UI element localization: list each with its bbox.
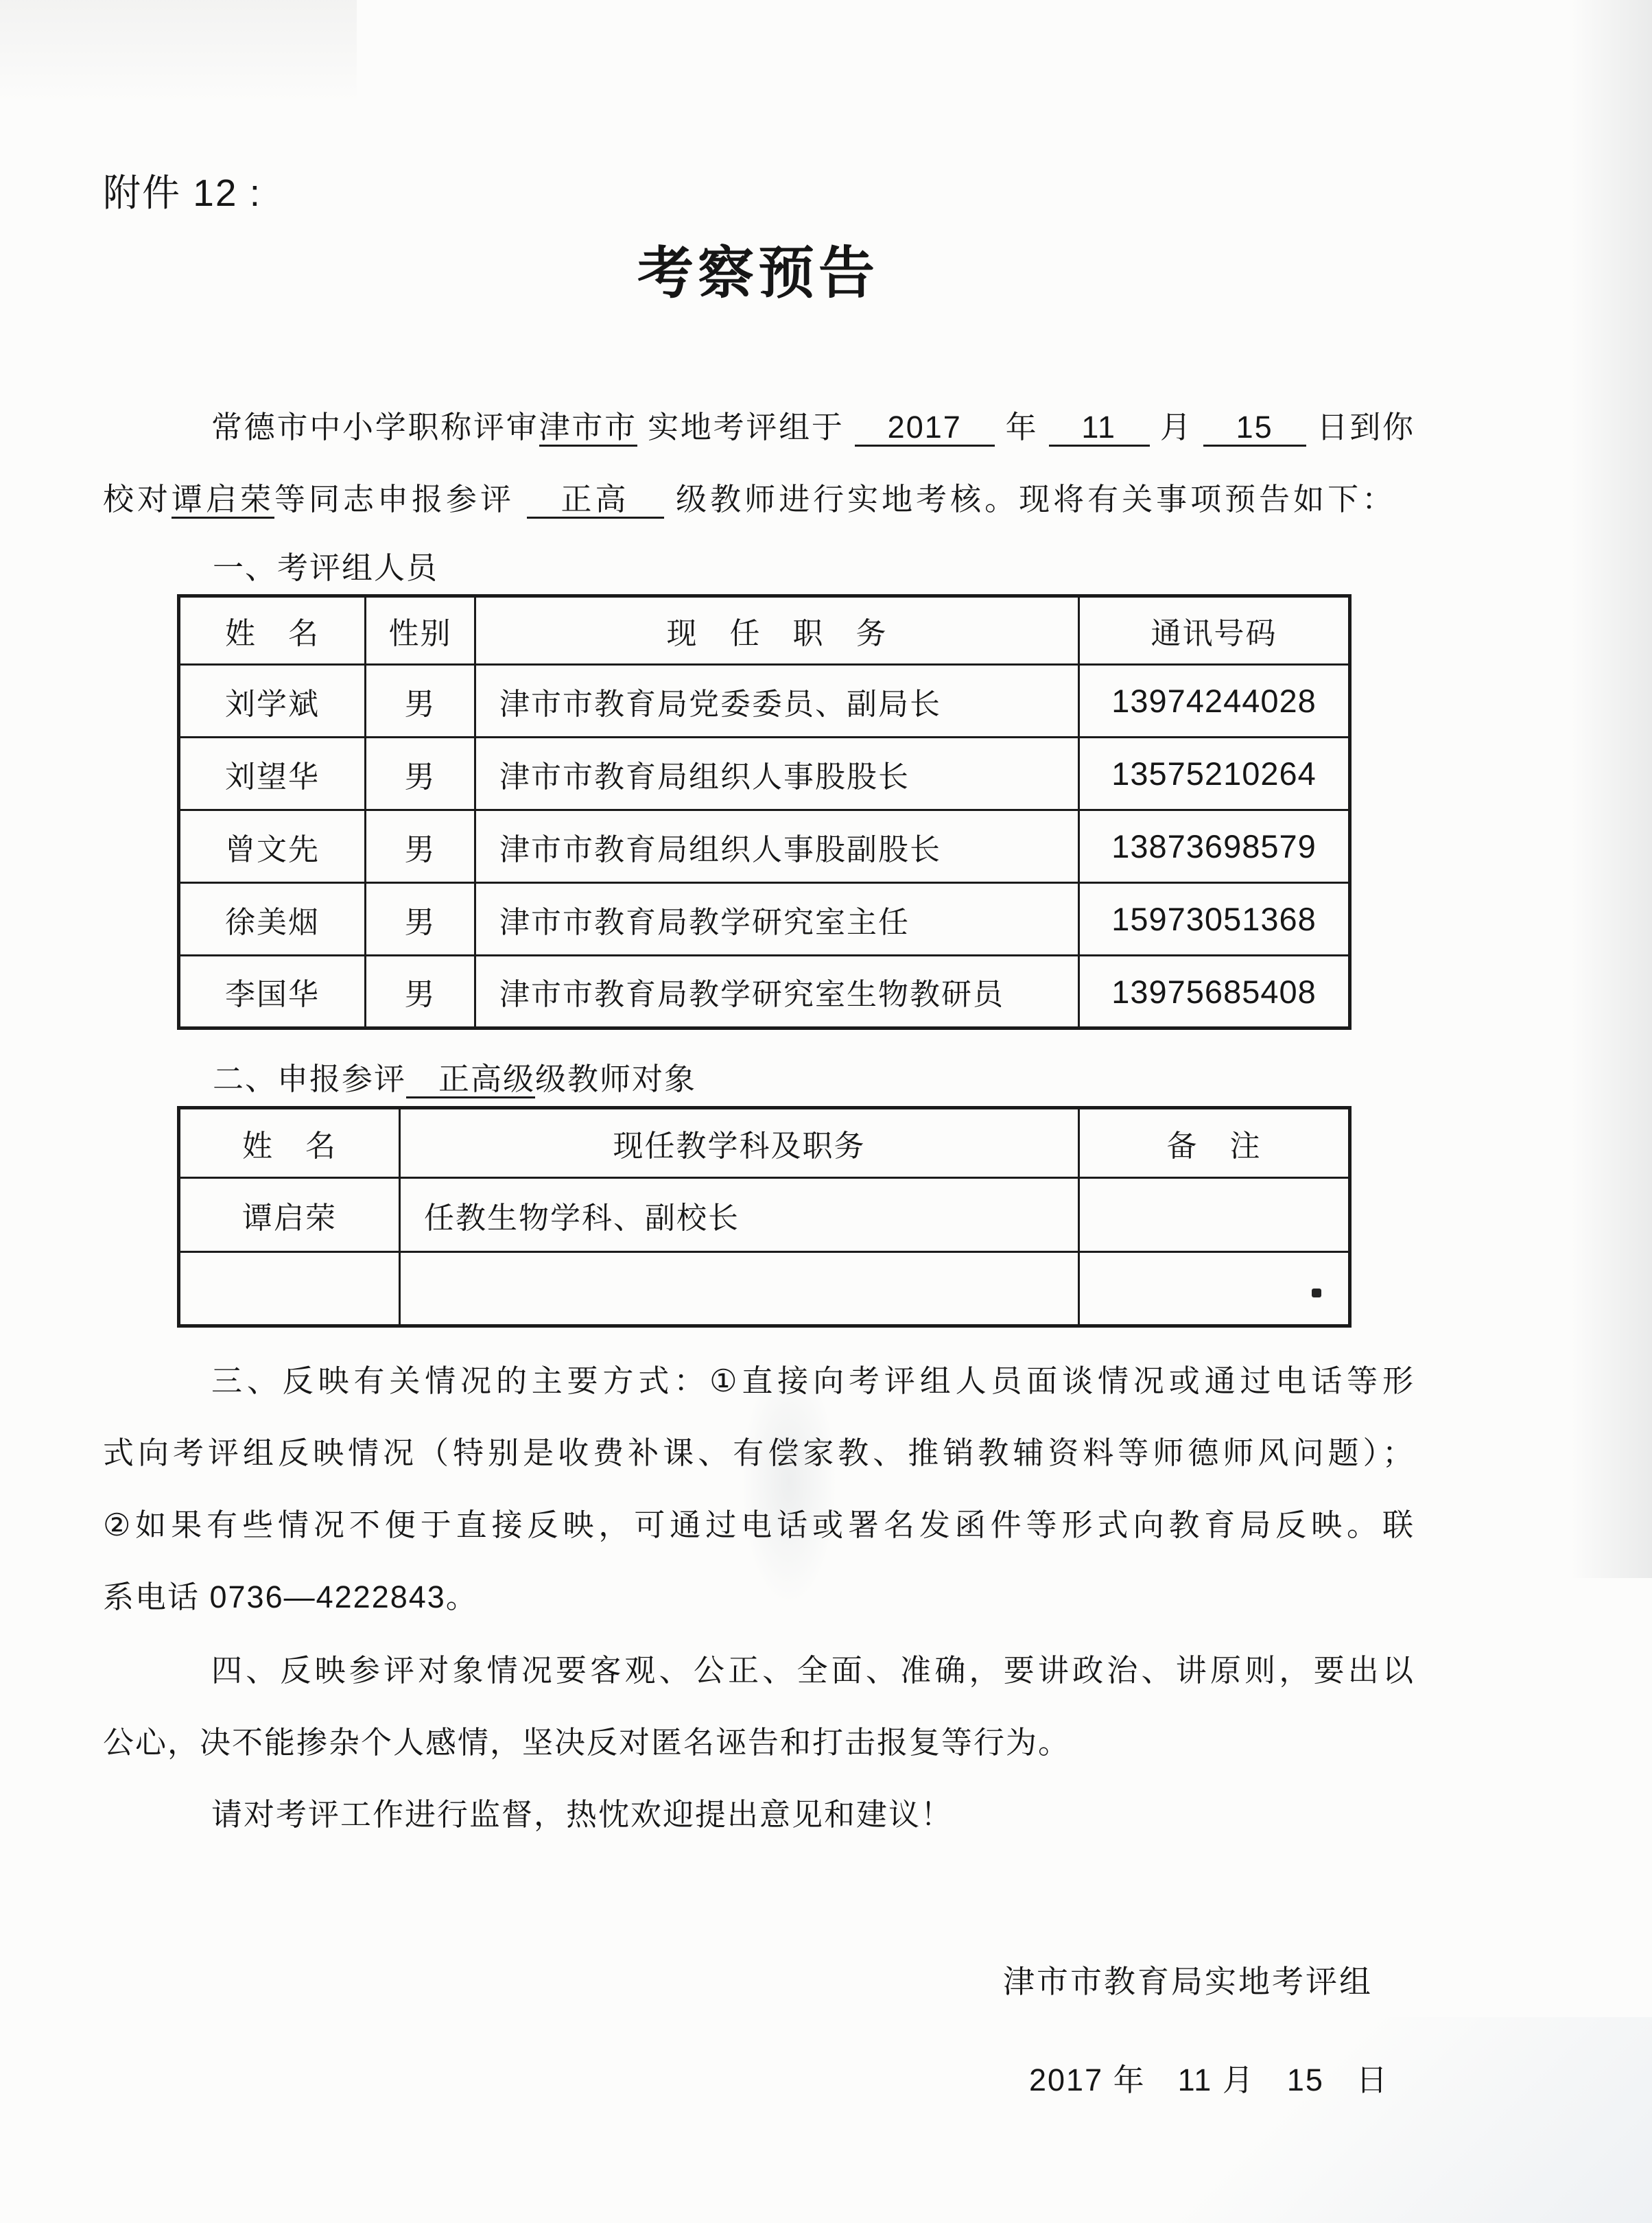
- evaluators-table-body: 刘学斌男津市市教育局党委委员、副局长13974244028刘望华男津市市教育局组…: [179, 665, 1350, 1028]
- table-cell: [1079, 1178, 1350, 1252]
- table-cell: 男: [366, 665, 475, 738]
- table-cell: 任教生物学科、副校长: [400, 1178, 1079, 1252]
- scan-stray-dot-artifact: [1312, 1289, 1321, 1297]
- text-segment: 二、申报参评: [213, 1061, 406, 1096]
- document-title: 考察预告: [103, 240, 1413, 307]
- table-cell: 津市市教育局教学研究室主任: [475, 883, 1079, 956]
- date-line: 2017 年 11 月 15 日: [1029, 2055, 1389, 2099]
- table-cell: 男: [366, 810, 475, 883]
- underlined-blank-text: 正高级: [406, 1061, 535, 1098]
- scan-artifact: [0, 0, 357, 103]
- table-row: 谭启荣任教生物学科、副校长: [179, 1178, 1350, 1252]
- table-row: 李国华男津市市教育局教学研究室生物教研员13975685408: [179, 956, 1350, 1028]
- scan-artifact: [1556, 0, 1652, 1578]
- table-header-cell: 现 任 职 务: [475, 596, 1079, 665]
- paragraph-line: 三、反映有关情况的主要方式：①直接向考评组人员面谈情况或通过电话等形: [103, 1345, 1415, 1417]
- paragraph-line: 四、反映参评对象情况要客观、公正、全面、准确，要讲政治、讲原则，要出以: [103, 1634, 1415, 1706]
- evaluators-table-head: 姓 名性别现 任 职 务通讯号码: [179, 596, 1350, 665]
- table-row: 徐美烟男津市市教育局教学研究室主任15973051368: [179, 883, 1350, 956]
- text-segment: 实地考评组于: [637, 410, 855, 445]
- scan-artifact: [623, 2017, 1652, 2223]
- intro-line: 常德市中小学职称评审津市市 实地考评组于 2017 年 11 月 15 日到你: [103, 391, 1415, 463]
- signature-line: 津市市教育局实地考评组: [1003, 1957, 1373, 2002]
- text-segment: 级教师对象: [535, 1061, 696, 1096]
- table-header-row: 姓 名现任教学科及职务备 注: [179, 1108, 1350, 1178]
- table-header-cell: 现任教学科及职务: [400, 1108, 1079, 1178]
- paragraph-line: 公心，决不能掺杂个人感情，坚决反对匿名诬告和打击报复等行为。: [103, 1706, 1415, 1778]
- table-header-cell: 通讯号码: [1079, 596, 1350, 665]
- candidates-table-body: 谭启荣任教生物学科、副校长: [179, 1178, 1350, 1326]
- table-header-cell: 性别: [366, 596, 475, 665]
- table-cell: 津市市教育局教学研究室生物教研员: [475, 956, 1079, 1028]
- table-cell: 15973051368: [1079, 883, 1350, 956]
- table-cell: 徐美烟: [179, 883, 366, 956]
- table-cell: 曾文先: [179, 810, 366, 883]
- candidates-table-head: 姓 名现任教学科及职务备 注: [179, 1108, 1350, 1178]
- table-cell: 津市市教育局组织人事股副股长: [475, 810, 1079, 883]
- table-cell: 李国华: [179, 956, 366, 1028]
- text-segment: 月: [1150, 410, 1203, 445]
- text-segment: 等同志申报参评: [274, 482, 527, 517]
- evaluators-table: 姓 名性别现 任 职 务通讯号码 刘学斌男津市市教育局党委委员、副局长13974…: [177, 594, 1352, 1030]
- table-cell: 13575210264: [1079, 738, 1350, 810]
- table-header-row: 姓 名性别现 任 职 务通讯号码: [179, 596, 1350, 665]
- table-cell: [179, 1252, 400, 1326]
- paragraph-four: 四、反映参评对象情况要客观、公正、全面、准确，要讲政治、讲原则，要出以 公心，决…: [103, 1634, 1415, 1778]
- closing-line: 请对考评工作进行监督，热忱欢迎提出意见和建议！: [103, 1778, 1415, 1850]
- section-one-heading: 一、考评组人员: [213, 549, 438, 587]
- text-segment: 校对: [103, 482, 172, 517]
- table-cell: 刘望华: [179, 738, 366, 810]
- table-cell: 13975685408: [1079, 956, 1350, 1028]
- table-cell: 13974244028: [1079, 665, 1350, 738]
- table-header-cell: 姓 名: [179, 596, 366, 665]
- attachment-label: 附件 12 :: [103, 172, 261, 215]
- underlined-blank-text: 11: [1049, 410, 1150, 447]
- table-cell: 男: [366, 738, 475, 810]
- table-cell: 津市市教育局党委委员、副局长: [475, 665, 1079, 738]
- paragraph-three: 三、反映有关情况的主要方式：①直接向考评组人员面谈情况或通过电话等形 式向考评组…: [103, 1345, 1415, 1633]
- underlined-blank-text: 正高: [527, 482, 664, 519]
- table-cell: 男: [366, 956, 475, 1028]
- text-segment: 年: [995, 410, 1048, 445]
- table-cell: 津市市教育局组织人事股股长: [475, 738, 1079, 810]
- paragraph-line: ②如果有些情况不便于直接反映，可通过电话或署名发函件等形式向教育局反映。联: [103, 1489, 1415, 1561]
- table-cell: [1079, 1252, 1350, 1326]
- text-segment: 常德市中小学职称评审: [211, 410, 539, 445]
- intro-paragraph: 常德市中小学职称评审津市市 实地考评组于 2017 年 11 月 15 日到你 …: [103, 391, 1415, 535]
- underlined-blank-text: 谭启荣: [172, 482, 274, 519]
- table-row: 刘望华男津市市教育局组织人事股股长13575210264: [179, 738, 1350, 810]
- underlined-blank-text: 15: [1203, 410, 1306, 447]
- text-segment: 级教师进行实地考核。现将有关事项预告如下：: [664, 482, 1397, 517]
- underlined-blank-text: 2017: [855, 410, 995, 447]
- scanned-document-page: 附件 12 : 考察预告 常德市中小学职称评审津市市 实地考评组于 2017 年…: [0, 0, 1652, 2223]
- table-cell: 男: [366, 883, 475, 956]
- candidates-table: 姓 名现任教学科及职务备 注 谭启荣任教生物学科、副校长: [177, 1106, 1352, 1328]
- underlined-blank-text: 津市市: [539, 410, 637, 447]
- table-header-cell: 姓 名: [179, 1108, 400, 1178]
- table-cell: 谭启荣: [179, 1178, 400, 1252]
- table-header-cell: 备 注: [1079, 1108, 1350, 1178]
- paragraph-line: 系电话 0736—4222843。: [103, 1561, 1415, 1633]
- table-row: 曾文先男津市市教育局组织人事股副股长13873698579: [179, 810, 1350, 883]
- table-cell: 刘学斌: [179, 665, 366, 738]
- intro-line: 校对谭启荣等同志申报参评 正高 级教师进行实地考核。现将有关事项预告如下：: [103, 463, 1415, 535]
- table-row: 刘学斌男津市市教育局党委委员、副局长13974244028: [179, 665, 1350, 738]
- table-cell: [400, 1252, 1079, 1326]
- paragraph-line: 式向考评组反映情况（特别是收费补课、有偿家教、推销教辅资料等师德师风问题）；: [103, 1417, 1415, 1489]
- closing-paragraph: 请对考评工作进行监督，热忱欢迎提出意见和建议！: [103, 1778, 1415, 1850]
- section-two-heading: 二、申报参评 正高级级教师对象: [213, 1060, 696, 1098]
- table-cell: 13873698579: [1079, 810, 1350, 883]
- table-row: [179, 1252, 1350, 1326]
- text-segment: 日到你: [1306, 410, 1415, 445]
